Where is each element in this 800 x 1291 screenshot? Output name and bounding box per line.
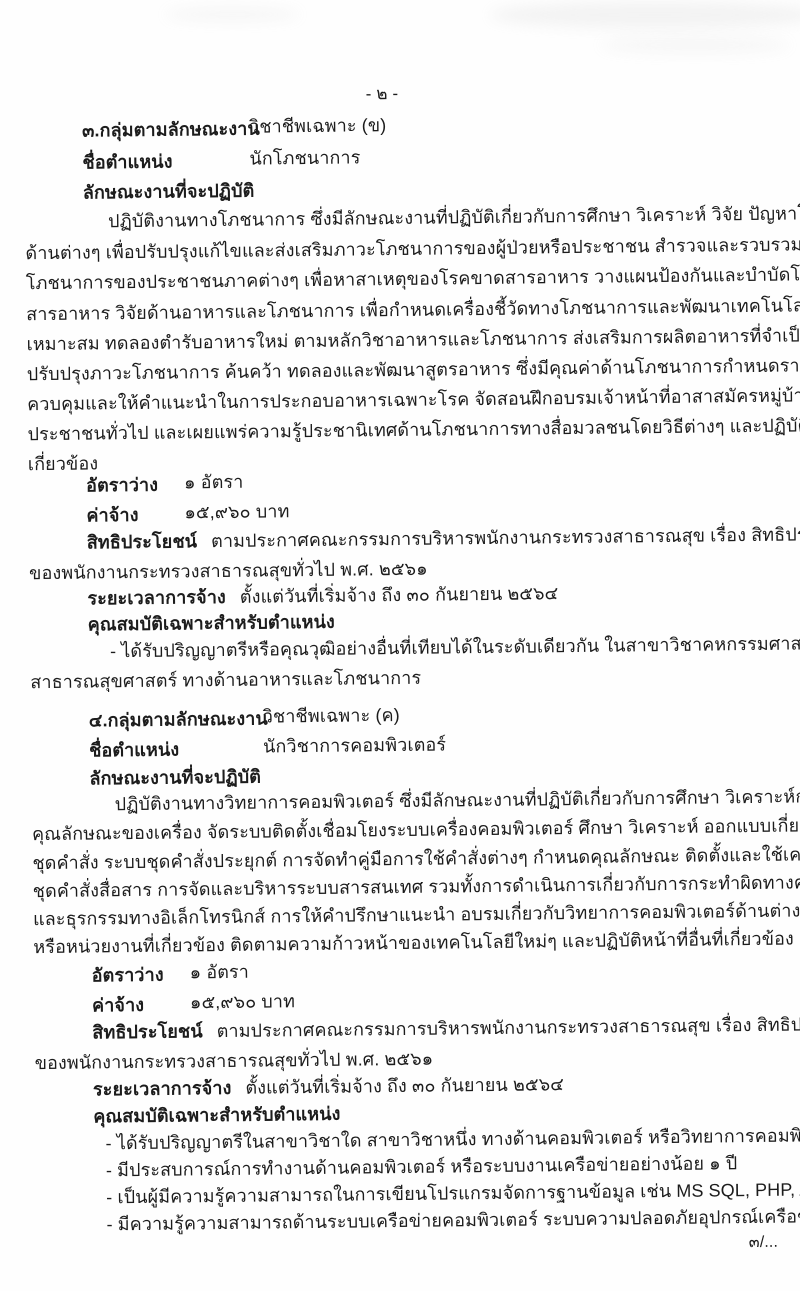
section4-benefits-line1: สิทธิประโยชน์ตามประกาศคณะกรรมการบริหารพน… <box>92 1012 800 1045</box>
section4-qualification-line: - เป็นผู้มีความรู้ความสามารถในการเขียนโป… <box>106 1177 800 1209</box>
section3-benefits-label: สิทธิประโยชน์ <box>87 529 198 554</box>
section3-qualification-line: - ได้รับปริญญาตรีหรือคุณวุฒิอย่างอื่นที่… <box>110 630 800 663</box>
section3-duties-line: ด้านต่างๆ เพื่อปรับปรุงแก้ไขและส่งเสริมภ… <box>25 231 800 265</box>
continuation-mark: ๓/... <box>749 1231 778 1255</box>
section4-benefits-label: สิทธิประโยชน์ <box>92 1019 203 1044</box>
section4-duties-line: หรือหน่วยงานที่เกี่ยวข้อง ติดตามความก้าว… <box>33 927 794 960</box>
section4-vacancy-label: อัตราว่าง <box>92 963 164 988</box>
section4-qualification-line: - มีความรู้ความสามารถด้านระบบเครือข่ายคอ… <box>106 1204 800 1236</box>
section3-position-label: ชื่อตำแหน่ง <box>82 150 172 175</box>
document-page: - ๒ - ๓.กลุ่มตามลักษณะงาน วิชาชีพเฉพาะ (… <box>0 0 800 1291</box>
section4-qualification-line: - มีประสบการณ์การทำงานด้านคอมพิวเตอร์ หร… <box>106 1151 738 1182</box>
section4-group-label: ๔.กลุ่มตามลักษณะงาน <box>89 707 268 733</box>
section3-period-label: ระยะเวลาการจ้าง <box>87 585 226 611</box>
section3-qualification-line: สาธารณสุขศาสตร์ ทางด้านอาหารและโภชนาการ <box>30 666 421 694</box>
section4-duties-line: และธุรกรรมทางอิเล็กโทรนิกส์ การให้คำปรึก… <box>33 898 800 932</box>
section3-vacancy-label: อัตราว่าง <box>86 473 158 498</box>
section3-salary-label: ค่าจ้าง <box>86 503 138 528</box>
section4-group-value: วิชาชีพเฉพาะ (ค) <box>263 703 400 729</box>
section3-duties-line: เหมาะสม ทดลองตำรับอาหารใหม่ ตามหลักวิชาอ… <box>26 323 800 357</box>
section3-duties-line: สารอาหาร วิจัยด้านอาหารและโภชนาการ เพื่อ… <box>26 293 800 327</box>
section4-salary-label: ค่าจ้าง <box>92 993 144 1018</box>
section3-salary-value: ๑๕,๙๖๐ บาท <box>184 499 289 524</box>
section3-vacancy-value: ๑ อัตรา <box>184 470 244 495</box>
section4-qualifications-header: คุณสมบัติเฉพาะสำหรับตำแหน่ง <box>93 1102 340 1129</box>
section3-duties-line: ปรับปรุงภาวะโภชนาการ ค้นคว้า ทดลองและพัฒ… <box>27 352 800 386</box>
section4-duties-line: ชุดคำสั่งสื่อสาร การจัดและบริหารระบบสารส… <box>33 869 800 903</box>
section4-position-label: ชื่อตำแหน่ง <box>89 738 179 763</box>
section3-benefits-line1: สิทธิประโยชน์ตามประกาศคณะกรรมการบริหารพน… <box>87 522 800 555</box>
section3-duties-line: ปฏิบัติงานทางโภชนาการ ซึ่งมีลักษณะงานที่… <box>108 200 800 233</box>
section3-period-row: ระยะเวลาการจ้างตั้งแต่วันที่เริ่มจ้าง ถึ… <box>87 581 558 610</box>
section3-duties-header: ลักษณะงานที่จะปฏิบัติ <box>83 179 255 205</box>
page-number: - ๒ - <box>366 82 399 106</box>
section4-duties-header: ลักษณะงานที่จะปฏิบัติ <box>89 765 261 791</box>
section3-benefits-text: ตามประกาศคณะกรรมการบริหารพนักงานกระทรวงส… <box>211 524 800 551</box>
document-content: - ๒ - ๓.กลุ่มตามลักษณะงาน วิชาชีพเฉพาะ (… <box>0 0 800 1291</box>
section3-qualifications-header: คุณสมบัติเฉพาะสำหรับตำแหน่ง <box>88 610 335 637</box>
section3-benefits-line2: ของพนักงานกระทรวงสาธารณสุขทั่วไป พ.ศ. ๒๕… <box>29 557 428 586</box>
section4-duties-line: คุณลักษณะของเครื่อง จัดระบบติดตั้งเชื่อม… <box>32 813 800 846</box>
section4-duties-line: ชุดคำสั่ง ระบบชุดคำสั่งประยุกต์ การจัดทำ… <box>32 842 800 875</box>
section3-duties-line: ประชาชนทั่วไป และเผยแพร่ความรู้ประชานิเท… <box>27 412 800 446</box>
section4-period-label: ระยะเวลาการจ้าง <box>93 1076 232 1102</box>
section3-duties-line: ควบคุมและให้คำแนะนำในการประกอบอาหารเฉพาะ… <box>27 383 800 416</box>
section3-group-label: ๓.กลุ่มตามลักษณะงาน <box>82 117 260 143</box>
section4-benefits-text: ตามประกาศคณะกรรมการบริหารพนักงานกระทรวงส… <box>217 1014 800 1041</box>
section4-salary-value: ๑๕,๙๖๐ บาท <box>190 989 295 1014</box>
section3-position-value: นักโภชนาการ <box>249 145 360 170</box>
section4-position-value: นักวิชาการคอมพิวเตอร์ <box>263 732 446 758</box>
section4-qualification-line: - ได้รับปริญญาตรีในสาขาวิชาใด สาขาวิชาหน… <box>105 1123 800 1155</box>
section3-duties-line: เกี่ยวข้อง <box>28 451 99 476</box>
section4-vacancy-value: ๑ อัตรา <box>190 960 250 985</box>
section4-benefits-line2: ของพนักงานกระทรวงสาธารณสุขทั่วไป พ.ศ. ๒๕… <box>35 1047 434 1076</box>
section4-period-value: ตั้งแต่วันที่เริ่มจ้าง ถึง ๓๐ กันยายน ๒๕… <box>245 1074 564 1098</box>
section3-group-value: วิชาชีพเฉพาะ (ข) <box>249 113 387 139</box>
section4-period-row: ระยะเวลาการจ้างตั้งแต่วันที่เริ่มจ้าง ถึ… <box>93 1072 564 1101</box>
section3-period-value: ตั้งแต่วันที่เริ่มจ้าง ถึง ๓๐ กันยายน ๒๕… <box>240 583 559 607</box>
section3-duties-line: โภชนาการของประชาชนภาคต่างๆ เพื่อหาสาเหตุ… <box>26 262 800 295</box>
